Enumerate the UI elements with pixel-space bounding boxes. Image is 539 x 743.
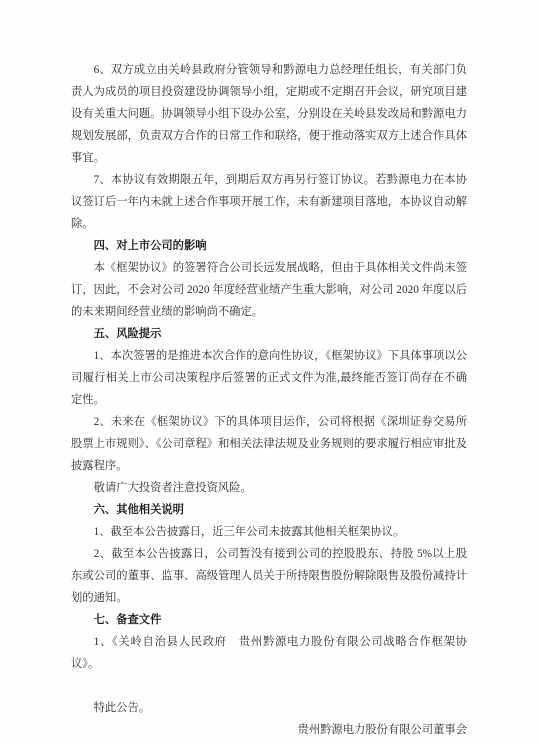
section-heading: 五、风险提示 — [71, 323, 467, 345]
paragraph: 1、本次签署的是推进本次合作的意向性协议，《框架协议》下具体事项以公司履行相关上… — [71, 345, 467, 411]
announcement-page: 6、双方成立由关岭县政府分管领导和黔源电力总经理任组长，有关部门负责人为成员的项… — [0, 0, 539, 743]
document-body: 6、双方成立由关岭县政府分管领导和黔源电力总经理任组长，有关部门负责人为成员的项… — [71, 59, 467, 741]
paragraph: 1、《关岭自治县人民政府 贵州黔源电力股份有限公司战略合作框架协议》。 — [71, 631, 467, 675]
paragraph: 本《框架协议》的签署符合公司长远发展战略，但由于具体相关文件尚未签订，因此，不会… — [71, 257, 467, 323]
paragraph: 1、截至本公告披露日，近三年公司未披露其他相关框架协议。 — [71, 521, 467, 543]
closing-note: 特此公告。 — [71, 697, 467, 719]
paragraph: 7、本协议有效期限五年，到期后双方再另行签订协议。若黔源电力在本协议签订后一年内… — [71, 169, 467, 235]
paragraph: 6、双方成立由关岭县政府分管领导和黔源电力总经理任组长，有关部门负责人为成员的项… — [71, 59, 467, 169]
paragraph: 敬请广大投资者注意投资风险。 — [71, 477, 467, 499]
paragraph: 2、截至本公告披露日，公司暂没有接到公司的控股股东、持股 5%以上股东或公司的董… — [71, 543, 467, 609]
signature-line: 贵州黔源电力股份有限公司董事会 — [71, 719, 467, 741]
paragraph: 2、未来在《框架协议》下的具体项目运作，公司将根据《深圳证券交易所股票上市规则》… — [71, 411, 467, 477]
section-heading: 六、其他相关说明 — [71, 499, 467, 521]
section-heading: 四、对上市公司的影响 — [71, 235, 467, 257]
section-heading: 七、备查文件 — [71, 609, 467, 631]
